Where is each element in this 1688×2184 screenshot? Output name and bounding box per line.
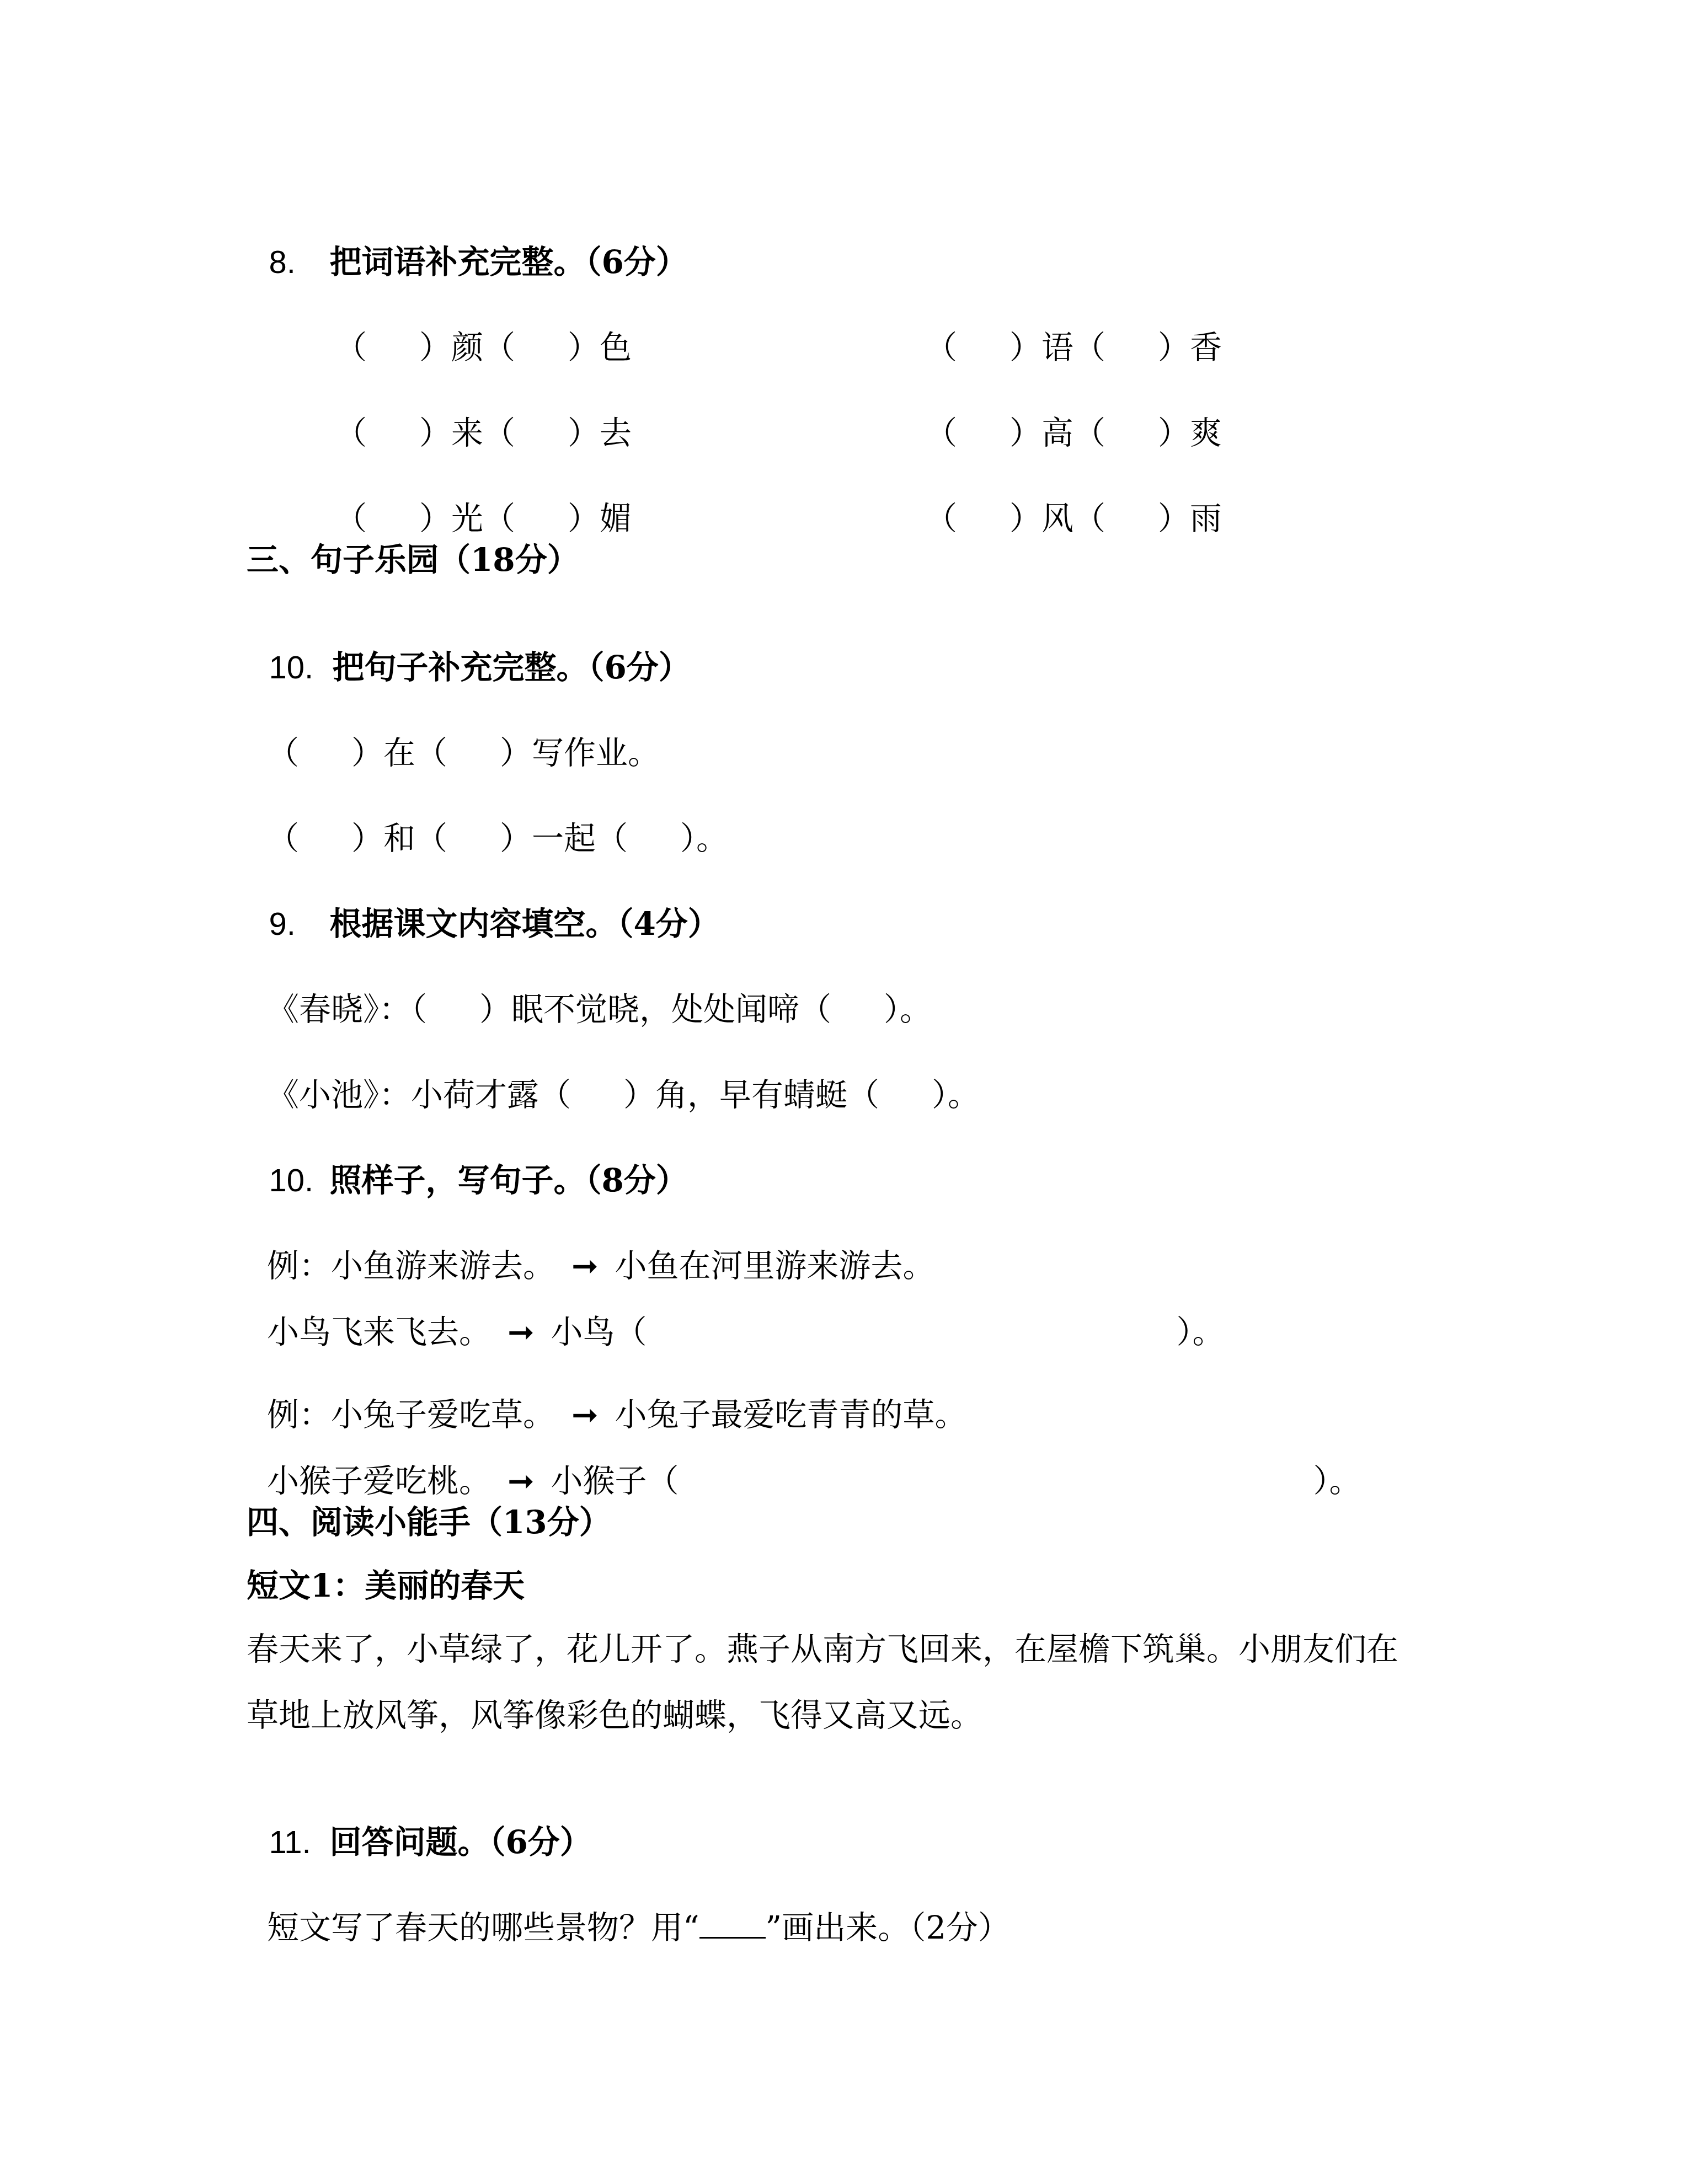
q10a-title: 把句子补充完整。（6分） (332, 649, 690, 686)
word-char: 来 (451, 414, 483, 452)
q10a-sentence-1: （）在（）写作业。 (247, 687, 660, 775)
sentence-text: ）一起（ (500, 820, 628, 857)
task-left: 小猴子爱吃桃。 (267, 1462, 491, 1500)
close-paren: ） (419, 329, 451, 366)
open-paren: （ (335, 414, 367, 452)
poem-text: ）。 (884, 991, 932, 1028)
close-paren: ） (419, 414, 451, 452)
word-char: 光 (451, 500, 483, 537)
q10b-heading: 10.照样子，写句子。（8分） (247, 1114, 688, 1203)
open-paren: （ (335, 500, 367, 537)
section-3-heading: 三、句子乐园（18分） (247, 538, 579, 582)
task-right-end: ）。 (1313, 1462, 1361, 1500)
word-char: 色 (600, 329, 632, 366)
q8-item-2: （）语（）香 (905, 281, 1222, 370)
q8-number: 8. (269, 240, 329, 285)
q10b-task-1: 小鸟飞来飞去。➞小鸟（）。 (247, 1266, 1225, 1354)
q9-heading: 9.根据课文内容填空。（4分） (247, 858, 720, 946)
q11-sub-1: 短文写了春天的哪些景物？用“”画出来。（2分） (247, 1861, 1010, 1950)
word-char: 去 (600, 414, 632, 452)
q8-item-4: （）高（）爽 (905, 367, 1222, 455)
q8-item-1: （）颜（）色 (314, 281, 632, 370)
sentence-text: ）。 (680, 820, 728, 857)
open-paren: （ (267, 820, 299, 857)
word-char: 颜 (451, 329, 483, 366)
close-paren: ） (1009, 329, 1041, 366)
close-paren: ） (1009, 500, 1041, 537)
q9-line-1: 《春晓》：（）眠不觉晓，处处闻啼（）。 (247, 943, 932, 1031)
close-paren: ） (1009, 414, 1041, 452)
close-paren: ） (1158, 414, 1190, 452)
close-paren: ） (568, 414, 600, 452)
close-paren: ） (1158, 329, 1190, 366)
open-paren: （ (1073, 500, 1105, 537)
sentence-text: ）写作业。 (500, 734, 660, 772)
close-paren: ） (1158, 500, 1190, 537)
open-paren: （ (1073, 329, 1105, 366)
open-paren: （ (483, 329, 515, 366)
q9-title: 根据课文内容填空。（4分） (329, 905, 719, 943)
question-text: 短文写了春天的哪些景物？用“ (267, 1909, 699, 1946)
q8-heading: 8.把词语补充完整。（6分） (247, 196, 688, 285)
q10a-sentence-2: （）和（）一起（）。 (247, 772, 728, 860)
open-paren: （ (925, 500, 957, 537)
q10b-title: 照样子，写句子。（8分） (329, 1161, 687, 1199)
close-paren: ） (568, 500, 600, 537)
open-paren: （ (925, 329, 957, 366)
open-paren: （ (483, 500, 515, 537)
task-right: 小鸟（ (551, 1313, 647, 1351)
close-paren: ） (419, 500, 451, 537)
q10b-number: 10. (269, 1159, 329, 1203)
arrow-right-icon: ➞ (508, 1459, 535, 1503)
passage-1-line-2: 草地上放风筝，风筝像彩色的蝴蝶，飞得又高又远。 (247, 1693, 982, 1737)
task-right: 小猴子（ (551, 1462, 679, 1500)
word-char: 爽 (1190, 414, 1222, 452)
q11-heading: 11.回答问题。（6分） (247, 1776, 592, 1865)
close-paren: ） (568, 329, 600, 366)
sentence-text: ）和（ (351, 820, 447, 857)
open-paren: （ (1073, 414, 1105, 452)
q11-number: 11. (269, 1821, 329, 1865)
task-left: 小鸟飞来飞去。 (267, 1313, 491, 1351)
q10a-number: 10. (269, 646, 332, 690)
open-paren: （ (267, 734, 299, 772)
q8-title: 把词语补充完整。（6分） (329, 243, 687, 281)
q9-number: 9. (269, 902, 329, 946)
task-right-end: ）。 (1177, 1313, 1225, 1351)
arrow-right-icon: ➞ (508, 1310, 535, 1354)
word-char: 风 (1041, 500, 1073, 537)
passage-1-line-1: 春天来了，小草绿了，花儿开了。燕子从南方飞回来，在屋檐下筑巢。小朋友们在 (247, 1627, 1398, 1671)
poem-text: ）。 (932, 1076, 980, 1114)
word-char: 香 (1190, 329, 1222, 366)
q11-title: 回答问题。（6分） (329, 1823, 591, 1861)
poem-text: 《小池》：小荷才露（ (267, 1076, 571, 1114)
open-paren: （ (483, 414, 515, 452)
section-4-heading: 四、阅读小能手（13分） (247, 1500, 611, 1544)
underline-sample (699, 1909, 766, 1939)
q10b-task-2: 小猴子爱吃桃。➞小猴子（）。 (247, 1415, 1361, 1503)
poem-text: ）角，早有蜻蜓（ (623, 1076, 879, 1114)
word-char: 媚 (600, 500, 632, 537)
word-char: 高 (1041, 414, 1073, 452)
q8-item-6: （）风（）雨 (905, 452, 1222, 540)
question-text: ”画出来。（2分） (766, 1909, 1011, 1946)
word-char: 雨 (1190, 500, 1222, 537)
q9-line-2: 《小池》：小荷才露（）角，早有蜻蜓（）。 (247, 1029, 980, 1117)
poem-text: ）眠不觉晓，处处闻啼（ (479, 991, 831, 1028)
sentence-text: ）在（ (351, 734, 447, 772)
open-paren: （ (335, 329, 367, 366)
q8-item-5: （）光（）媚 (314, 452, 632, 540)
q8-item-3: （）来（）去 (314, 367, 632, 455)
q10a-heading: 10.把句子补充完整。（6分） (247, 601, 691, 690)
open-paren: （ (925, 414, 957, 452)
poem-text: 《春晓》：（ (267, 991, 427, 1028)
passage-1-title: 短文1：美丽的春天 (247, 1564, 525, 1608)
word-char: 语 (1041, 329, 1073, 366)
